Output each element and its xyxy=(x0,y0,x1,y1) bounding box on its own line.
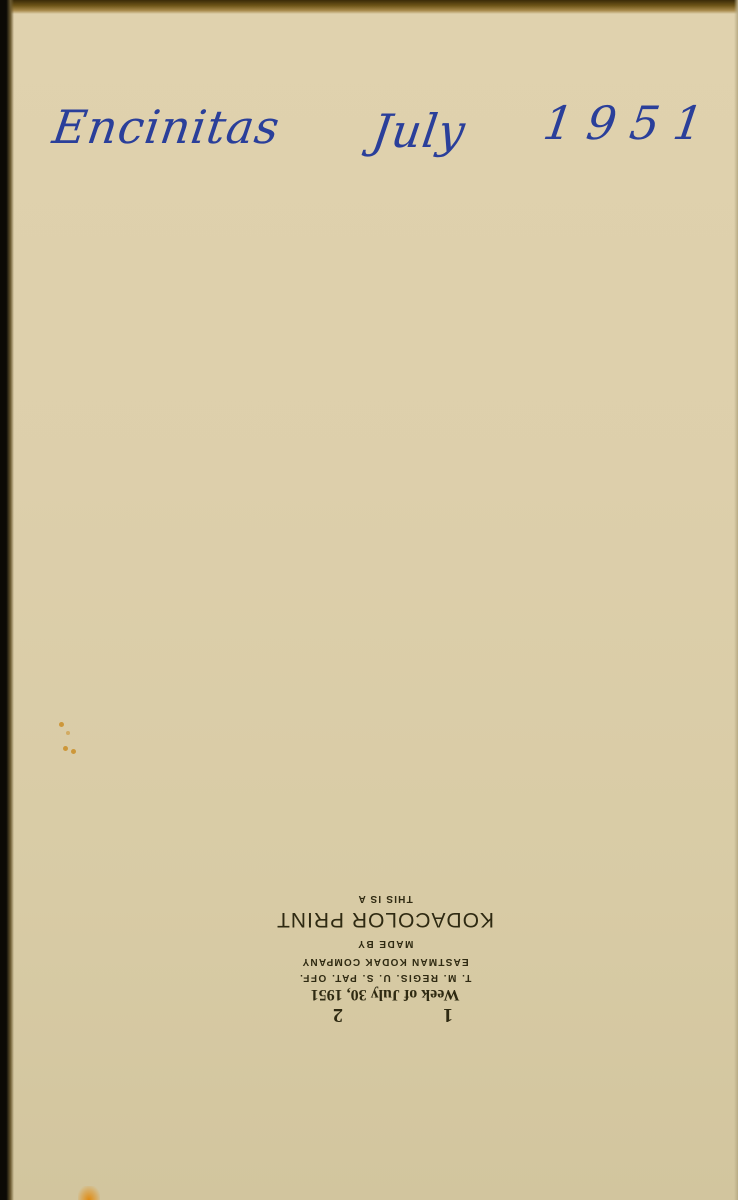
stamp-number-2: 2 xyxy=(333,1003,343,1026)
top-edge-shadow xyxy=(0,0,738,14)
stamp-week: Week of July 30, 1951 xyxy=(255,986,515,1002)
stain-spot xyxy=(71,749,76,754)
right-edge xyxy=(734,0,738,1200)
handwritten-month: July xyxy=(369,104,469,158)
stamp-intro: THIS IS A xyxy=(255,893,515,903)
stain-spot xyxy=(66,731,70,735)
handwritten-caption: Encinitas July 1951 xyxy=(46,90,699,180)
orange-mark xyxy=(78,1186,100,1200)
stamp-product: KODACOLOR PRINT xyxy=(255,909,515,930)
handwritten-year: 1951 xyxy=(540,96,721,150)
stain-spot xyxy=(59,722,64,727)
stamp-trademark: T. M. REGIS. U. S. PAT. OFF. xyxy=(255,972,515,982)
stamp-made-by: MADE BY xyxy=(255,938,515,948)
left-edge-shadow xyxy=(0,0,14,1200)
stamp-numbers: 1 2 xyxy=(255,1004,515,1030)
stain-spot xyxy=(63,746,68,751)
kodacolor-stamp: 1 2 Week of July 30, 1951 T. M. REGIS. U… xyxy=(255,870,515,1030)
stamp-company: EASTMAN KODAK COMPANY xyxy=(255,956,515,966)
handwritten-place: Encinitas xyxy=(49,100,283,154)
stamp-number-1: 1 xyxy=(443,1003,453,1026)
